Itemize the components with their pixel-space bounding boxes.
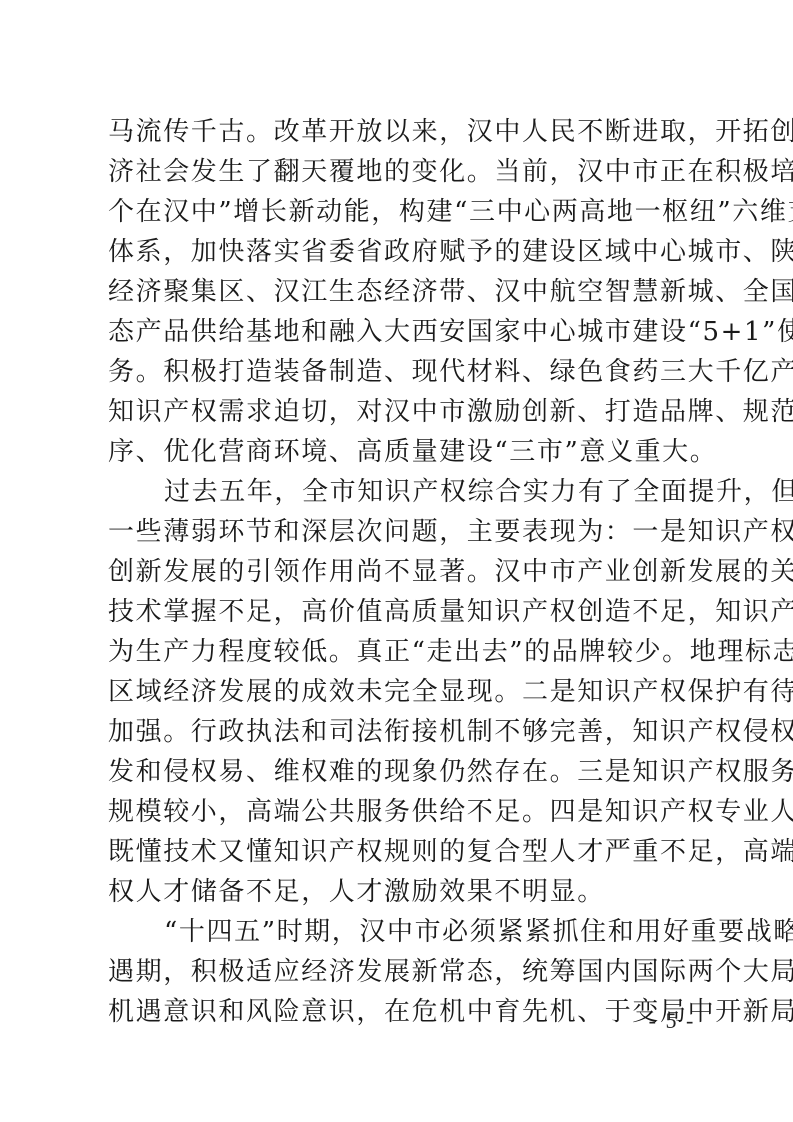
text-line: 务。积极打造装备制造、现代材料、绿色食药三大千亿产业集群。 <box>108 352 698 392</box>
text-line: 遇期，积极适应经济发展新常态，统筹国内国际两个大局，增强 <box>108 952 698 992</box>
text-line: 既懂技术又懂知识产权规则的复合型人才严重不足，高端知识产 <box>108 832 698 872</box>
document-page: 马流传千古。改革开放以来，汉中人民不断进取，开拓创新，经 济社会发生了翻天覆地的… <box>0 0 793 1122</box>
text-line: 态产品供给基地和融入大西安国家中心城市建设“5+1”使命任 <box>108 312 698 352</box>
text-line: “十四五”时期，汉中市必须紧紧抓住和用好重要战略机 <box>108 912 698 952</box>
text-line: 个在汉中”增长新动能，构建“三中心两高地一枢纽”六维支撑 <box>108 192 698 232</box>
text-line: 济社会发生了翻天覆地的变化。当前，汉中市正在积极培育“四 <box>108 152 698 192</box>
text-line: 经济聚集区、汉江生态经济带、汉中航空智慧新城、全国优质生 <box>108 272 698 312</box>
text-line: 规模较小，高端公共服务供给不足。四是知识产权专业人才缺乏， <box>108 792 698 832</box>
text-line: 知识产权需求迫切，对汉中市激励创新、打造品牌、规范市场秩 <box>108 392 698 432</box>
text-line: 机遇意识和风险意识，在危机中育先机、于变局中开新局，改革 <box>108 992 698 1032</box>
page-number: - 5 - <box>640 1006 704 1036</box>
text-line: 区域经济发展的成效未完全显现。二是知识产权保护有待进一步 <box>108 672 698 712</box>
text-line: 权人才储备不足，人才激励效果不明显。 <box>108 872 698 912</box>
text-line: 技术掌握不足，高价值高质量知识产权创造不足，知识产权转化 <box>108 592 698 632</box>
paragraph-1: 马流传千古。改革开放以来，汉中人民不断进取，开拓创新，经 济社会发生了翻天覆地的… <box>108 112 698 472</box>
text-line: 过去五年，全市知识产权综合实力有了全面提升，但仍存在 <box>108 472 698 512</box>
text-line: 创新发展的引领作用尚不显著。汉中市产业创新发展的关键核心 <box>108 552 698 592</box>
text-line: 一些薄弱环节和深层次问题，主要表现为：一是知识产权对产业 <box>108 512 698 552</box>
body-text: 马流传千古。改革开放以来，汉中人民不断进取，开拓创新，经 济社会发生了翻天覆地的… <box>108 112 698 1032</box>
paragraph-2: 过去五年，全市知识产权综合实力有了全面提升，但仍存在 一些薄弱环节和深层次问题，… <box>108 472 698 912</box>
text-line: 序、优化营商环境、高质量建设“三市”意义重大。 <box>108 432 698 472</box>
text-line: 加强。行政执法和司法衔接机制不够完善，知识产权侵权易发多 <box>108 712 698 752</box>
text-line: 体系，加快落实省委省政府赋予的建设区域中心城市、陕南循环 <box>108 232 698 272</box>
text-line: 发和侵权易、维权难的现象仍然存在。三是知识产权服务业发展 <box>108 752 698 792</box>
paragraph-3: “十四五”时期，汉中市必须紧紧抓住和用好重要战略机 遇期，积极适应经济发展新常态… <box>108 912 698 1032</box>
text-line: 马流传千古。改革开放以来，汉中人民不断进取，开拓创新，经 <box>108 112 698 152</box>
text-line: 为生产力程度较低。真正“走出去”的品牌较少。地理标志带动 <box>108 632 698 672</box>
